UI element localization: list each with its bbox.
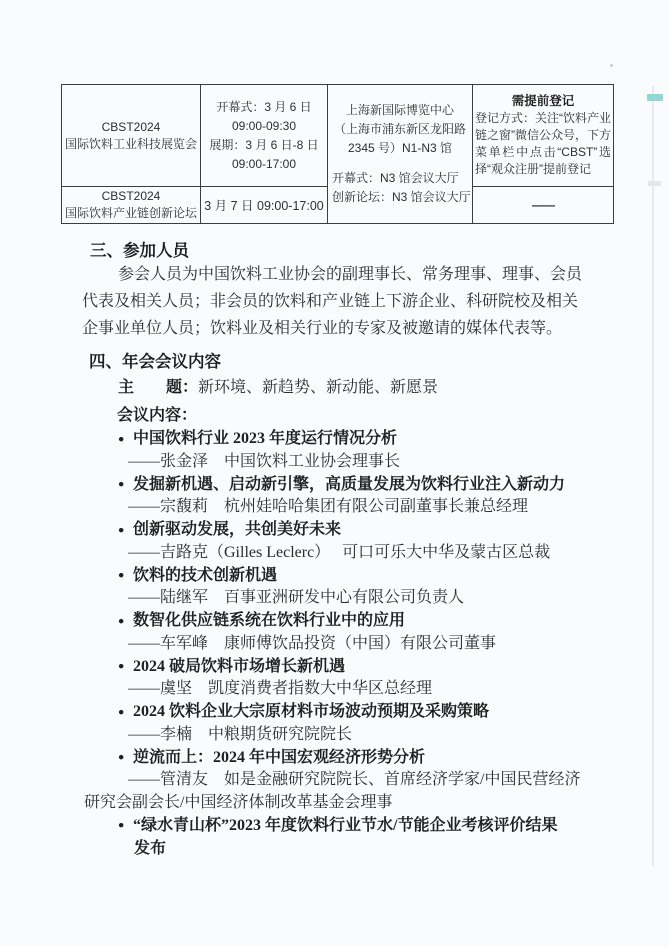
bullet-icon: ● <box>118 429 133 452</box>
bullet-icon: ● <box>118 474 133 497</box>
table-cell-registration: 需提前登记 登记方式：关注“饮料产业链之窗”微信公众号，下方菜单栏中点击“CBS… <box>473 85 614 187</box>
table-cell-venue: 上海新国际博览中心 （上海市浦东新区龙阳路 2345 号）N1-N3 馆 开幕式… <box>328 85 473 224</box>
agenda-item-speaker: ——车军峰 康师傅饮品投资（中国）有限公司董事 <box>84 633 580 656</box>
venue-address-line: （上海市浦东新区龙阳路 <box>330 120 470 139</box>
schedule-line: 开幕式：3 月 6 日 <box>203 98 325 117</box>
participants-paragraph: 参会人员为中国饮料工业协会的副理事长、常务理事、理事、会员 代表及相关人员；非会… <box>82 261 582 342</box>
schedule-line: 展期：3 月 6 日-8 日 <box>203 136 325 155</box>
schedule-line: 09:00-17:00 <box>203 155 325 174</box>
scan-mark-gray <box>648 181 661 186</box>
section-participants-heading: 三、参加人员 <box>90 237 189 261</box>
agenda-item-title: ●数智化供应链系统在饮料行业中的应用 <box>84 610 580 633</box>
section-agenda-heading: 四、年会会议内容 <box>89 348 221 372</box>
venue-halls: 开幕式：N3 馆会议大厅 创新论坛：N3 馆会议大厅 <box>330 169 470 208</box>
event-schedule-table: CBST2024 国际饮料工业科技展览会 开幕式：3 月 6 日 09:00-0… <box>61 84 614 224</box>
bullet-icon: ● <box>118 565 133 588</box>
bullet-icon: ● <box>118 815 133 838</box>
venue-address-line: 2345 号）N1-N3 馆 <box>330 139 470 158</box>
paragraph-line: 代表及相关人员；非会员的饮料和产业链上下游企业、科研院校及相关 <box>82 288 582 315</box>
table-cell-forum-name: CBST2024 国际饮料产业链创新论坛 <box>62 187 201 224</box>
table-cell-exhibition-schedule: 开幕式：3 月 6 日 09:00-09:30 展期：3 月 6 日-8 日 0… <box>201 85 328 187</box>
exhibition-code: CBST2024 <box>64 119 198 136</box>
agenda-item-title: ●逆流而上：2024 年中国宏观经济形势分析 <box>84 747 580 770</box>
bullet-icon: ● <box>118 520 133 543</box>
forum-name: 国际饮料产业链创新论坛 <box>64 205 198 222</box>
theme-line: 主 题：新环境、新趋势、新动能、新愿景 <box>118 374 438 397</box>
agenda-item-title: ●发掘新机遇、启动新引擎，高质量发展为饮料行业注入新动力 <box>84 474 580 497</box>
theme-value: 新环境、新趋势、新动能、新愿景 <box>198 379 438 396</box>
agenda-item-speaker: ——陆继军 百事亚洲研发中心有限公司负责人 <box>84 587 580 610</box>
venue-hall-line: 开幕式：N3 馆会议大厅 <box>332 169 470 189</box>
agenda-item-title-continued: 发布 <box>84 838 580 861</box>
agenda-item-speaker-continued: 研究会副会长/中国经济体制改革基金会理事 <box>84 792 580 815</box>
agenda-item-speaker: ——宗馥莉 杭州娃哈哈集团有限公司副董事长兼总经理 <box>84 496 580 519</box>
bullet-icon: ● <box>118 702 133 725</box>
agenda-item-title: ●饮料的技术创新机遇 <box>84 565 580 588</box>
agenda-item-speaker: ——管清友 如是金融研究院院长、首席经济学家/中国民营经济 <box>84 769 580 792</box>
paragraph-line: 企事业单位人员；饮料业及相关行业的专家及被邀请的媒体代表等。 <box>82 315 582 342</box>
table-cell-no-registration: —— <box>473 187 614 224</box>
agenda-item-title: ●创新驱动发展，共创美好未来 <box>84 519 580 542</box>
table-cell-exhibition-name: CBST2024 国际饮料工业科技展览会 <box>62 85 201 187</box>
agenda-item-title: ●中国饮料行业 2023 年度运行情况分析 <box>84 428 580 451</box>
bullet-icon: ● <box>118 747 133 770</box>
agenda-item-speaker: ——吉路克（Gilles Leclerc） 可口可乐大中华及蒙古区总裁 <box>84 542 580 565</box>
agenda-list: ●中国饮料行业 2023 年度运行情况分析 ——张金泽 中国饮料工业协会理事长 … <box>84 428 580 860</box>
agenda-item-title: ●2024 饮料企业大宗原材料市场波动预期及采购策略 <box>84 701 580 724</box>
scan-edge-line <box>652 86 654 866</box>
theme-label: 主 题： <box>118 379 198 396</box>
content-label: 会议内容： <box>117 402 197 425</box>
agenda-item-speaker: ——李楠 中粮期货研究院院长 <box>84 724 580 747</box>
scanned-document-page: CBST2024 国际饮料工业科技展览会 开幕式：3 月 6 日 09:00-0… <box>0 0 669 947</box>
schedule-line: 09:00-09:30 <box>203 117 325 136</box>
bullet-icon: ● <box>118 656 133 679</box>
scan-speck <box>610 64 613 67</box>
exhibition-name: 国际饮料工业科技展览会 <box>64 136 198 153</box>
bullet-icon: ● <box>118 611 133 634</box>
table-cell-forum-schedule: 3 月 7 日 09:00-17:00 <box>201 187 328 224</box>
venue-address-line: 上海新国际博览中心 <box>330 101 470 120</box>
registration-header: 需提前登记 <box>475 93 611 110</box>
paragraph-line: 参会人员为中国饮料工业协会的副理事长、常务理事、理事、会员 <box>82 261 582 288</box>
venue-address: 上海新国际博览中心 （上海市浦东新区龙阳路 2345 号）N1-N3 馆 <box>330 101 470 158</box>
agenda-item-speaker: ——虞坚 凯度消费者指数大中华区总经理 <box>84 678 580 701</box>
registration-instructions: 登记方式：关注“饮料产业链之窗”微信公众号，下方菜单栏中点击“CBST”选择“观… <box>475 110 611 179</box>
forum-code: CBST2024 <box>64 188 198 205</box>
agenda-item-title: ●2024 破局饮料市场增长新机遇 <box>84 656 580 679</box>
agenda-item-speaker: ——张金泽 中国饮料工业协会理事长 <box>84 451 580 474</box>
venue-hall-line: 创新论坛：N3 馆会议大厅 <box>332 188 470 208</box>
scan-mark-cyan <box>647 94 663 101</box>
agenda-item-title: ●“绿水青山杯”2023 年度饮料行业节水/节能企业考核评价结果 <box>84 815 580 838</box>
